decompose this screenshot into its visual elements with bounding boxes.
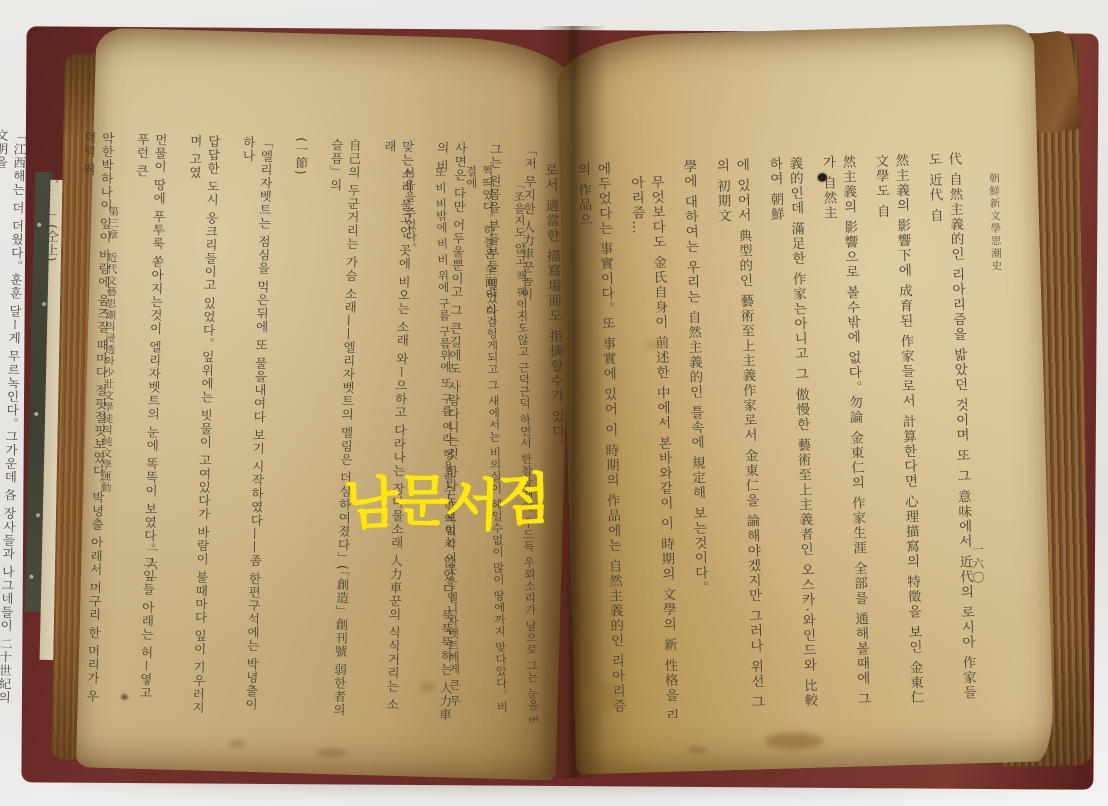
text-column: 然主義의 影響으로 볼수밖에 없다。勿論 金東仁의 作家生涯 全部를 通해볼때에… — [817, 154, 873, 713]
text-column: 學에 대하여는 우리는 自然主義的인 틀속에 規定해 보는것이다。 — [678, 159, 714, 717]
watermark-char: 서 — [445, 460, 499, 542]
paper-stain — [420, 682, 435, 692]
text-column: 답답한 도시 웅크리들이고 있었다。잎위에는 빗물이 고여있다가 바람이 불때마… — [170, 134, 222, 715]
paper-stain — [645, 338, 661, 350]
text-column: 무엇보다도 金氏自身이 前述한 中에서 본바와같이 이 時期의 文學의 新 性格… — [625, 160, 681, 726]
text-column: 서움을 주었다。 — [401, 167, 433, 725]
paper-stain — [765, 733, 823, 749]
watermark-char: 점 — [496, 455, 549, 536]
text-column: 代 自然主義的인 리아리즘을 밟았던 것이며 또 그 意味에서 近代의 로시아 … — [923, 151, 979, 710]
right-page: 代 自然主義的인 리아리즘을 밟았던 것이며 또 그 意味에서 近代의 로시아 … — [556, 23, 1054, 774]
book-photo: 「저 무지한 人力車꾼놈이……그는 왼몸을 부들부들 떨었다。사면은 다만 어두… — [0, 0, 1108, 806]
text-column: 나여왔다……」(仝上) — [29, 130, 63, 710]
text-column: 또 비 비밖에 비 비 위에 구름 구름위에 또 구름 이라 형용할수 밖에없는… — [432, 166, 464, 724]
right-page-text: 代 自然主義的인 리아리즘을 밟았던 것이며 또 그 意味에서 近代의 로시아 … — [386, 151, 978, 725]
text-column: 쩍띄였다。하늘은 全面이 식검헝게되고 그 새에서는 비의실이 헤일수없이 많이… — [463, 165, 511, 724]
text-column: 「江西해는 더 더웠다。훈훈 달ー게 무르녹인다。그가운데 各 장사들과 나그네… — [0, 129, 29, 710]
text-column: 「엘리자벳트는 점심을 먹은뒤에 또 물을내여다 보기 시작하였다——좀 한편구… — [223, 135, 275, 716]
paper-stain — [121, 694, 128, 700]
bookstore-watermark: 남 문 서 점 — [344, 458, 548, 538]
paper-stain — [230, 740, 246, 748]
text-column: 에 있어서 典型的인 藝術至上主義作家로서 金東仁을 論해야겠지만 그러나 위선… — [711, 157, 767, 716]
paper-stain — [318, 748, 346, 758]
watermark-char: 남 — [343, 459, 397, 541]
paper-stain — [688, 746, 706, 754]
left-page-number: 一六一 — [143, 544, 161, 586]
right-running-title: 朝鮮新文學思潮史 — [987, 172, 1005, 272]
text-column: 義的인데 滿足한 作家는아니고 그 傲慢한 藝術至上主義者인 오스카·와인드와 … — [764, 156, 820, 715]
text-column: (一節) — [276, 137, 310, 717]
watermark-char: 문 — [394, 457, 446, 538]
text-column: 然主義의 影響下에 成育된 作家들로서 計算한다면 心理描寫의 特徵을 보인 金… — [870, 153, 926, 712]
right-page-number: 一六〇 — [969, 543, 987, 585]
gutter-shadow — [538, 26, 606, 778]
text-column: 自己의 두군거리는 가슴 소래——엘리자벳트의 멜림은 더심하여졌다」(「創造」… — [311, 138, 363, 719]
text-column: 먼물이 땅에 푸투룩 쏟아지는것이 엘리자벳트의 눈에 똑똑이 보였다。그잎들 … — [117, 133, 169, 714]
paper-stain — [580, 684, 622, 710]
